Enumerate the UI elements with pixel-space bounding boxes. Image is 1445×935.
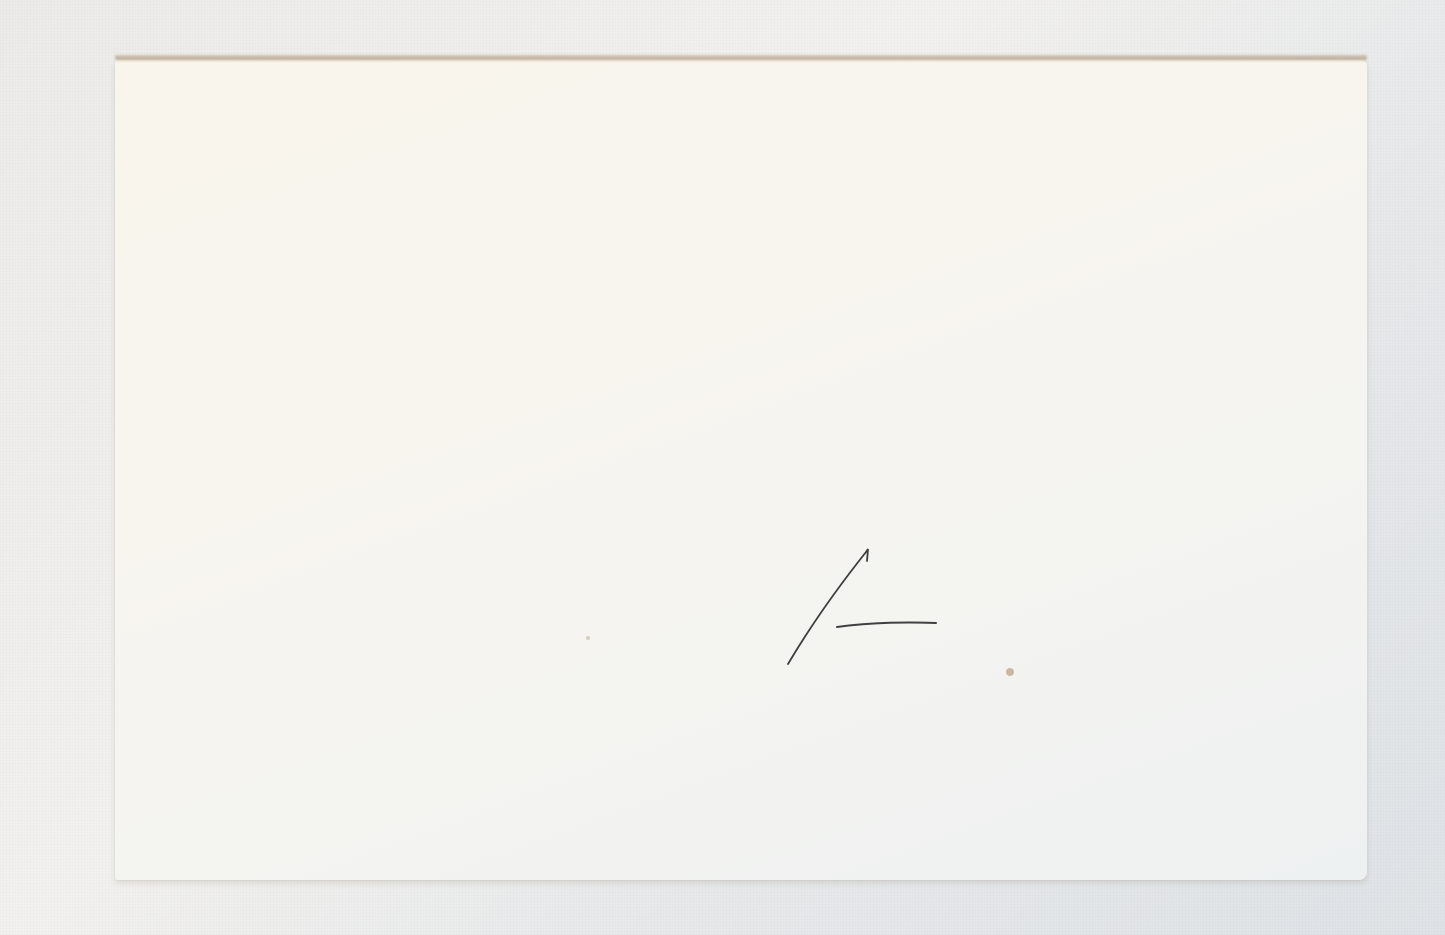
card-top-edge: [115, 54, 1367, 61]
card-speck: [586, 636, 590, 640]
blank-card: [115, 60, 1367, 880]
card-speck: [1006, 668, 1014, 676]
